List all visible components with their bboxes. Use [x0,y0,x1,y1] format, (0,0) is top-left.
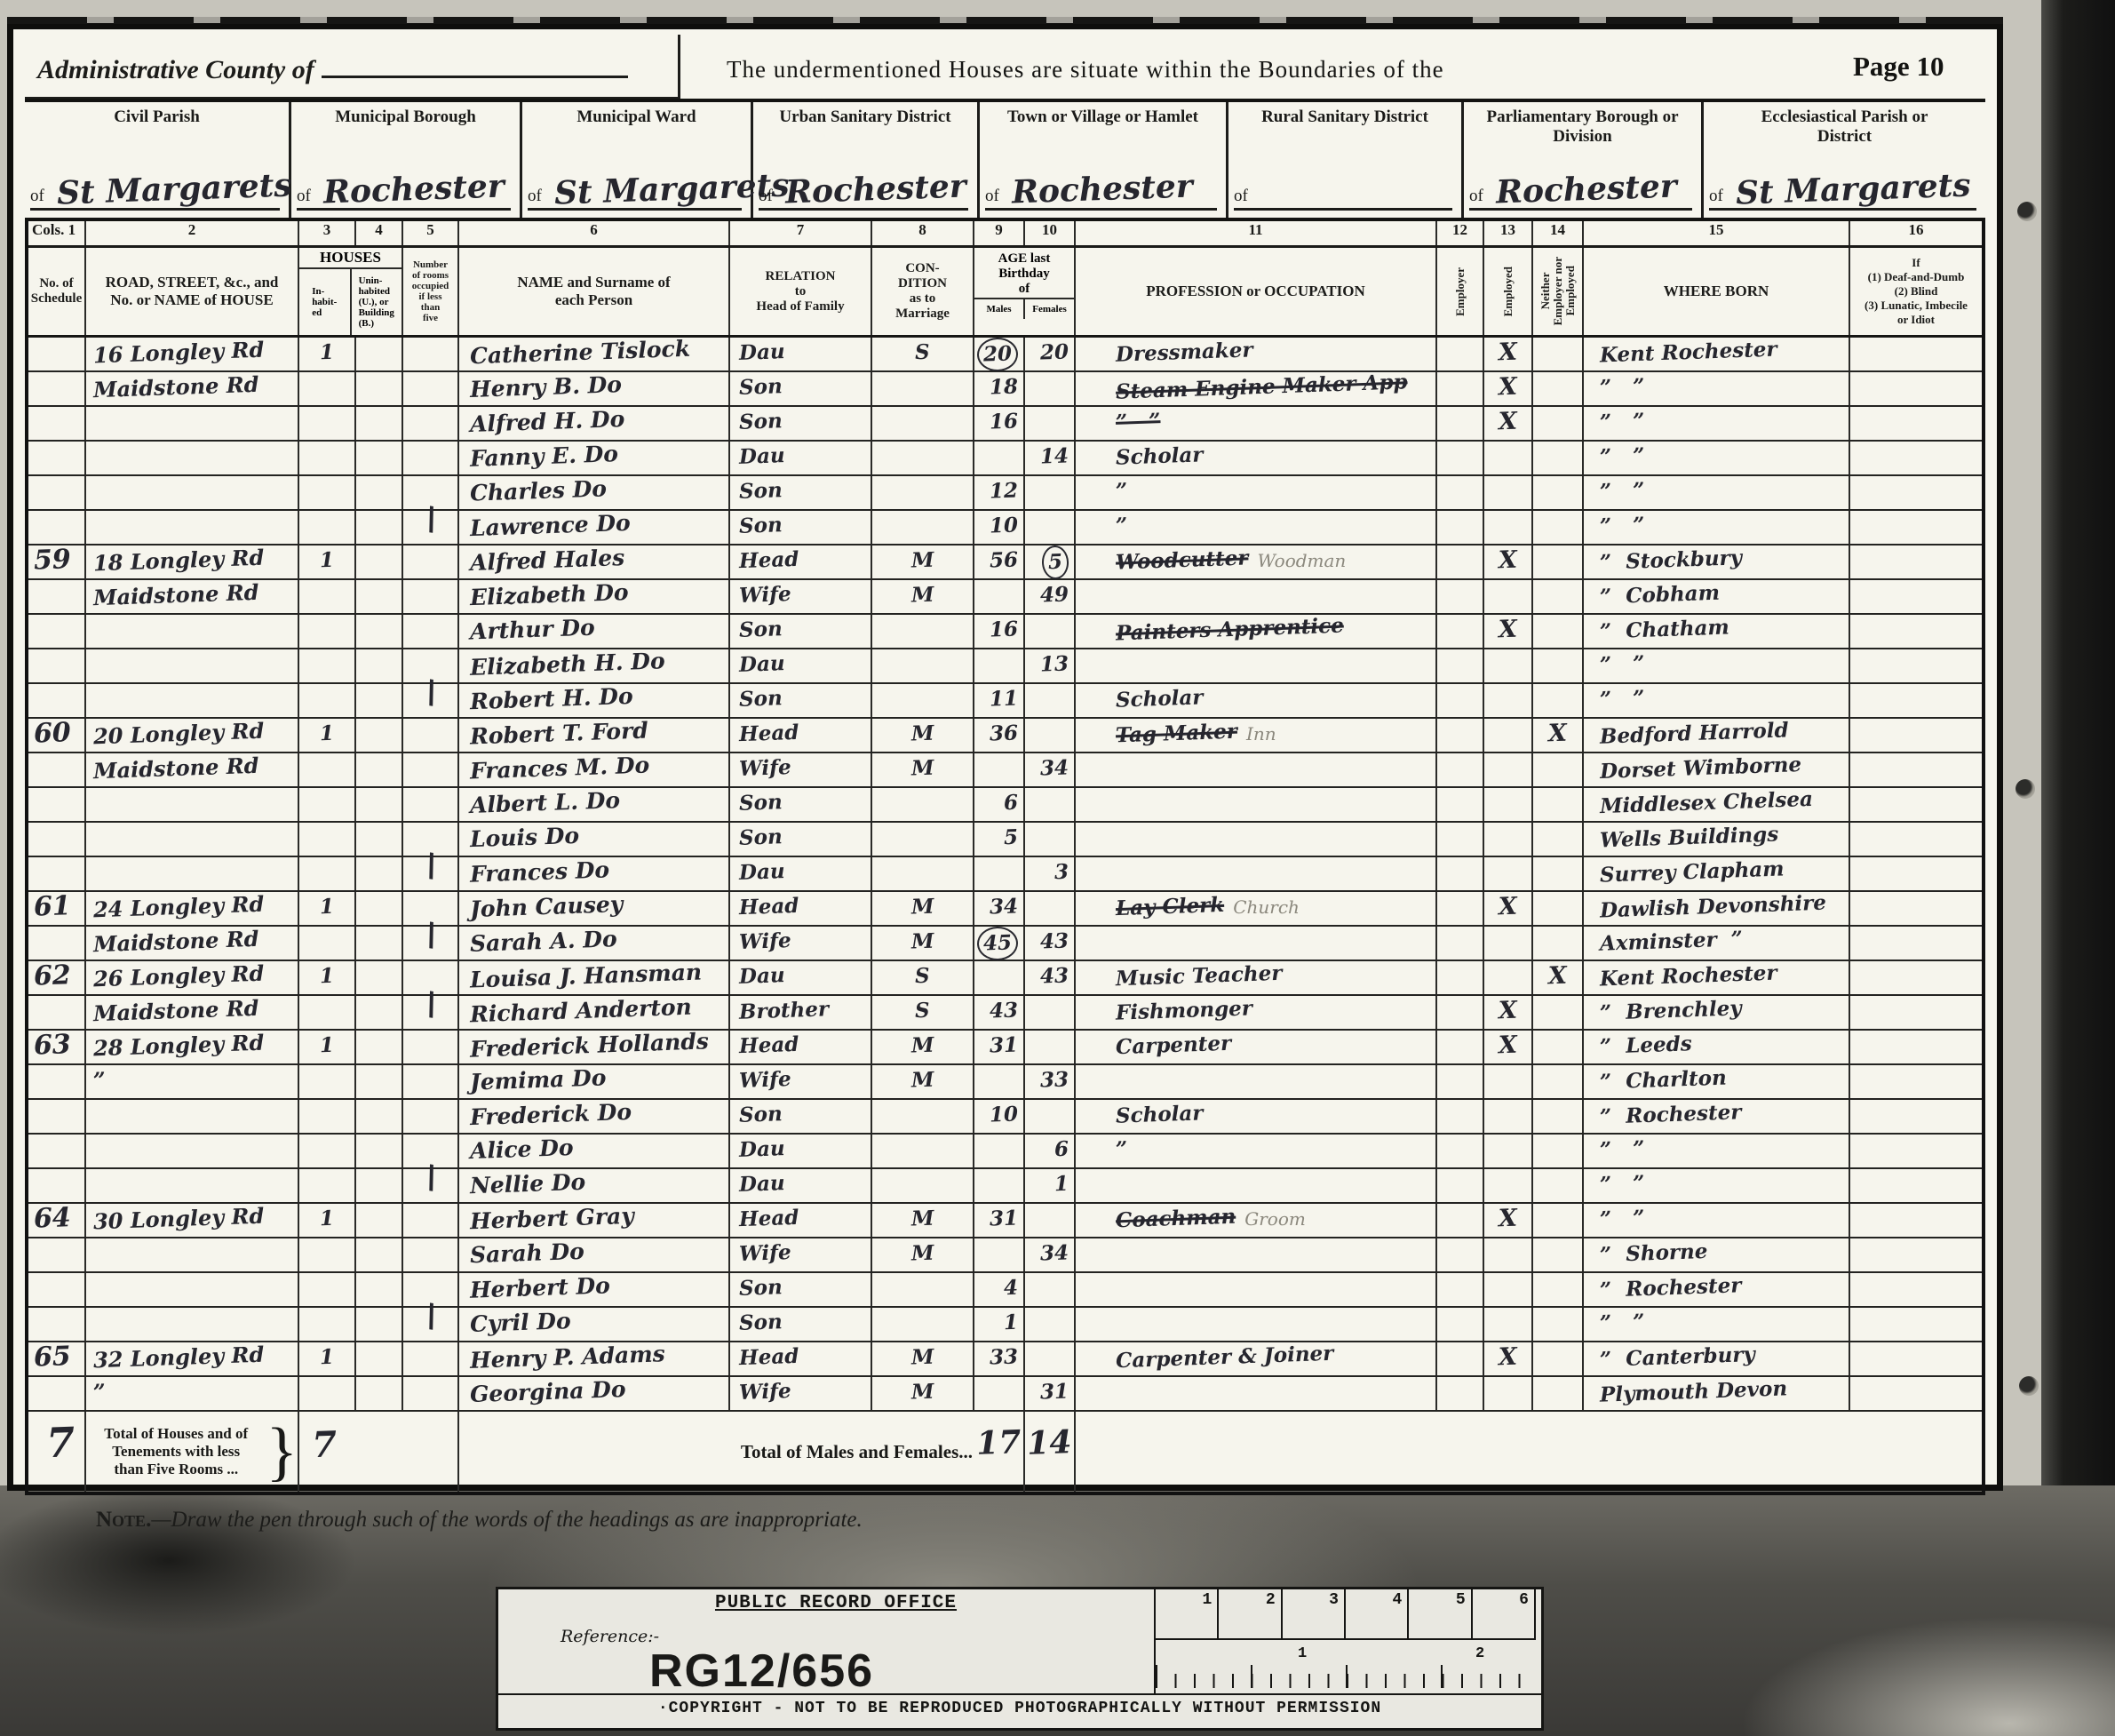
age-female-cell [1025,823,1076,856]
relation-cell-text: Son [738,683,783,715]
road-cell [86,1135,299,1167]
district-value: Rochester [784,167,966,211]
infirmity-cell [1850,442,1982,474]
age-female-cell [1025,511,1076,544]
employer-cell [1437,788,1484,821]
neither-cell [1533,1204,1584,1237]
census-row: Maidstone Rd\Richard AndertonBrotherS43F… [28,996,1982,1031]
males-total-value: 17 [975,1411,1022,1462]
district-label: Municipal Ward [522,108,751,127]
census-row: 6532 Longley Rd1Henry P. AdamsHeadM33Car… [28,1342,1982,1377]
relation-cell: Wife [730,1377,872,1410]
occupation-text: Tag Maker [1115,717,1237,752]
where-born-cell: ” ” [1584,1308,1850,1341]
employed-cell-text: X [1498,1342,1517,1374]
age-group-label: AGE last Birthday of [974,248,1074,298]
infirmity-cell [1850,996,1982,1029]
neither-cell [1533,338,1584,371]
age-female-cell [1025,719,1076,752]
employer-cell [1437,442,1484,474]
age-male-cell [974,961,1025,994]
employed-cell [1484,580,1533,613]
employed-cell: X [1484,338,1533,371]
col-label-profession: PROFESSION or OCCUPATION [1076,248,1437,335]
district-cell: Civil ParishofSt Margarets [25,102,291,218]
relation-cell: Son [730,1273,872,1306]
condition-cell [872,1135,974,1167]
district-cell: Town or Village or HamletofRochester [980,102,1228,218]
inhabited-cell [299,1238,356,1271]
census-sheet: Administrative County of The undermentio… [7,23,2003,1491]
schedule-cell [28,927,86,960]
condition-cell-text: M [910,1031,934,1062]
infirmity-cell [1850,545,1982,579]
occupation-cell: WoodcutterWoodman [1076,545,1437,579]
infirmity-cell [1850,1204,1982,1237]
age-male-cell-text: 1 [1003,1308,1018,1339]
name-cell: Frances Do [459,857,730,890]
age-male-cell-text: 16 [989,614,1018,645]
infirmity-cell [1850,1342,1982,1375]
age-female-cell-text: 31 [1039,1376,1069,1407]
uninhabited-cell [356,788,403,821]
employed-cell [1484,1169,1533,1202]
rooms-cell [403,1342,459,1375]
employer-cell [1437,1169,1484,1202]
rooms-cell [403,1238,459,1271]
uninhabited-cell [356,407,403,440]
occupation-text: Dressmaker [1115,335,1253,370]
page-number: Page 10 [1853,51,1944,83]
where-born-cell-text: ” Leeds [1599,1029,1692,1063]
name-cell: Elizabeth Do [459,580,730,613]
age-male-cell-text: 34 [989,891,1018,922]
condition-cell: M [872,1342,974,1375]
where-born-cell: ” ” [1584,372,1850,405]
census-row: Alfred H. DoSon16” ”X” ” [28,407,1982,442]
where-born-cell-text: ” Canterbury [1599,1340,1755,1375]
occupation-cell: ” ” [1076,407,1437,440]
age-female-cell: 33 [1025,1065,1076,1098]
road-cell: Maidstone Rd [86,996,299,1029]
rooms-cell [403,753,459,786]
road-cell [86,1100,299,1133]
age-female-cell-text: 20 [1039,337,1069,368]
occupation-cell: Tag MakerInn [1076,719,1437,752]
neither-cell [1533,476,1584,509]
rooms-cell [403,338,459,371]
employed-cell-text: X [1498,338,1517,369]
road-cell [86,649,299,682]
road-cell [86,511,299,544]
where-born-cell: ” Shorne [1584,1238,1850,1271]
condition-cell: M [872,753,974,786]
census-row: Louis DoSon5Wells Buildings [28,823,1982,857]
uninhabited-cell [356,615,403,648]
name-cell: Sarah Do [459,1238,730,1271]
col-group-houses: HOUSES In- habit- ed Unin- habited (U.),… [299,248,403,335]
age-male-cell: 1 [974,1308,1025,1341]
where-born-cell: ” ” [1584,442,1850,474]
employer-cell [1437,719,1484,752]
ruler-cm-mark: 3 [1283,1589,1346,1638]
uninhabited-cell [356,1031,403,1063]
schedule-cell [28,1169,86,1202]
where-born-cell: Middlesex Chelsea [1584,788,1850,821]
infirmity-cell [1850,753,1982,786]
occupation-cell: Painters Apprentice [1076,615,1437,648]
infirmity-cell [1850,1238,1982,1271]
occupation-cell: Steam Engine Maker App [1076,372,1437,405]
where-born-cell-text: Wells Buildings [1599,819,1778,856]
road-cell-text: 16 Longley Rd [92,335,264,371]
neither-cell [1533,545,1584,579]
age-female-cell [1025,1342,1076,1375]
age-female-cell [1025,407,1076,440]
road-cell [86,1238,299,1271]
road-cell [86,1169,299,1202]
name-cell-text: Elizabeth H. Do [469,646,665,683]
name-cell-text: Georgina Do [469,1374,626,1410]
district-value: St Margarets [56,166,292,211]
road-cell-text: Maidstone Rd [92,924,258,960]
infirmity-cell [1850,719,1982,752]
condition-cell: S [872,338,974,371]
name-cell-text: Henry B. Do [469,370,622,405]
name-cell: Alice Do [459,1135,730,1167]
occupation-cell [1076,1308,1437,1341]
schedule-cell [28,442,86,474]
census-row: Elizabeth H. DoDau13” ” [28,649,1982,684]
census-row: Sarah DoWifeM34” Shorne [28,1238,1982,1273]
uninhabited-cell [356,684,403,717]
occupation-cell: Scholar [1076,442,1437,474]
where-born-cell-text: ” ” [1599,649,1645,681]
punch-hole [2016,779,2035,799]
condition-cell-text: S [915,961,931,992]
rooms-cell: \ [403,857,459,890]
col-group-age: AGE last Birthday of Males Females [974,248,1076,335]
name-cell-text: Sarah Do [469,1237,584,1270]
age-male-cell: 10 [974,1100,1025,1133]
neither-cell [1533,511,1584,544]
road-cell: Maidstone Rd [86,372,299,405]
age-male-cell: 34 [974,892,1025,925]
employer-cell [1437,1308,1484,1341]
where-born-cell: ” ” [1584,1204,1850,1237]
road-cell-text: ” [92,1065,106,1095]
occupation-text: Lay Clerk [1115,890,1224,924]
relation-cell-text: Son [738,1307,783,1339]
employed-cell [1484,1308,1533,1341]
relation-cell-text: Dau [738,337,785,369]
relation-cell-text: Head [738,1030,799,1062]
where-born-cell-text: ” ” [1599,1134,1645,1166]
age-female-cell [1025,1204,1076,1237]
col-label-schedule: No. of Schedule [28,248,86,335]
rooms-cell [403,788,459,821]
census-row: Arthur DoSon16Painters ApprenticeX” Chat… [28,615,1982,649]
employed-cell [1484,857,1533,890]
col-label-inhabited: In- habit- ed [299,269,352,335]
name-cell: Louisa J. Hansman [459,961,730,994]
occupation-cell: Music Teacher [1076,961,1437,994]
houses-total-cell: 7 [299,1412,459,1492]
schedule-total-value: 7 [28,1411,76,1468]
neither-cell [1533,1377,1584,1410]
occupation-cell [1076,1273,1437,1306]
employer-cell [1437,1100,1484,1133]
road-cell [86,476,299,509]
neither-cell [1533,649,1584,682]
employer-cell [1437,476,1484,509]
age-female-cell-text: 43 [1039,960,1069,991]
inhabited-cell [299,857,356,890]
houses-total-value: 7 [298,1411,338,1466]
occupation-cell [1076,823,1437,856]
road-cell [86,407,299,440]
name-cell: Arthur Do [459,615,730,648]
census-row: 6124 Longley Rd1John CauseyHeadM34Lay Cl… [28,892,1982,927]
name-cell-text: Charles Do [469,474,607,508]
neither-cell [1533,1065,1584,1098]
name-cell: Frederick Hollands [459,1031,730,1063]
admin-county-label: Administrative County of [37,51,628,85]
census-row: ”Jemima DoWifeM33” Charlton [28,1065,1982,1100]
relation-cell: Son [730,1100,872,1133]
inhabited-cell [299,372,356,405]
road-cell-text: 32 Longley Rd [92,1340,264,1376]
where-born-cell-text: ” ” [1599,1203,1645,1235]
relation-cell-text: Dau [738,649,785,681]
relation-cell: Dau [730,442,872,474]
name-cell-text: Frederick Hollands [469,1026,709,1064]
inhabited-cell [299,1273,356,1306]
col-label-females: Females [1025,299,1074,319]
ruler-cm-mark: 5 [1409,1589,1472,1638]
occupation-text: Fishmonger [1115,993,1252,1028]
schedule-cell-text: 64 [28,1203,71,1235]
neither-cell: X [1533,719,1584,752]
district-label: Ecclesiastical Parish or District [1704,108,1985,147]
ruler-inch-2: 2 [1475,1645,1484,1662]
age-male-cell-text: 45 [976,926,1018,961]
condition-cell-text: M [910,580,934,611]
totals-row: 7 Total of Houses and of Tenements with … [28,1412,1982,1492]
occupation-cell [1076,580,1437,613]
name-cell: Alfred H. Do [459,407,730,440]
age-male-cell-text: 16 [989,406,1018,437]
uninhabited-cell [356,442,403,474]
condition-cell: M [872,580,974,613]
inhabited-cell [299,649,356,682]
column-number: 7 [730,221,872,245]
age-male-cell-text: 18 [989,371,1018,402]
district-value: Rochester [1011,167,1193,211]
neither-cell [1533,857,1584,890]
infirmity-cell [1850,1065,1982,1098]
district-of-prefix: of [1234,187,1248,206]
col-label-where-born: WHERE BORN [1584,248,1850,335]
relation-cell: Dau [730,338,872,371]
road-cell [86,857,299,890]
where-born-cell-text: Middlesex Chelsea [1599,784,1813,822]
age-female-cell: 34 [1025,753,1076,786]
col-label-rooms: Number of rooms occupied if less than fi… [403,248,459,335]
employer-cell [1437,753,1484,786]
occupation-text: Scholar [1115,1098,1204,1131]
pro-office-title: PUBLIC RECORD OFFICE [498,1593,1173,1613]
inhabited-cell [299,788,356,821]
neither-cell [1533,1342,1584,1375]
footnote: Note.—Draw the pen through such of the w… [96,1508,1985,1533]
condition-cell-text: M [910,892,934,923]
census-row: Maidstone RdElizabeth DoWifeM49” Cobham [28,580,1982,615]
road-cell-text: 26 Longley Rd [92,959,264,995]
ruler-cm-mark: 4 [1346,1589,1409,1638]
scanned-census-page: Administrative County of The undermentio… [0,0,2115,1736]
age-male-cell [974,753,1025,786]
footnote-prefix: Note. [96,1508,151,1532]
employer-vertical-text: Employer [1454,267,1467,316]
road-cell: 24 Longley Rd [86,892,299,925]
district-value: Rochester [322,167,505,211]
column-number: 5 [403,221,459,245]
census-row: \Robert H. DoSon11Scholar” ” [28,684,1982,719]
age-female-cell-text: 43 [1039,926,1069,957]
where-born-cell-text: Kent Rochester [1599,959,1777,995]
district-of-prefix: of [759,187,773,206]
where-born-cell: ” Charlton [1584,1065,1850,1098]
pro-copyright-line: ·COPYRIGHT - NOT TO BE REPRODUCED PHOTOG… [498,1693,1541,1728]
name-cell-text: Nellie Do [469,1167,585,1202]
neither-cell [1533,615,1584,648]
census-row: Maidstone Rd\Sarah A. DoWifeM4543Axminst… [28,927,1982,961]
where-born-cell: ” ” [1584,684,1850,717]
age-male-cell-text: 10 [989,510,1018,541]
name-cell: Frederick Do [459,1100,730,1133]
inhabited-cell-text: 1 [319,892,334,923]
employer-cell [1437,649,1484,682]
uninhabited-cell [356,753,403,786]
neither-vertical-text: Neither Employer nor Employed [1539,257,1577,325]
census-row: Maidstone RdHenry B. DoSon18Steam Engine… [28,372,1982,407]
infirmity-cell [1850,1377,1982,1410]
houses-total-brace: } [266,1421,298,1483]
road-cell-text: Maidstone Rd [92,751,258,786]
neither-cell [1533,892,1584,925]
employed-cell [1484,753,1533,786]
condition-cell: M [872,927,974,960]
rooms-cell: \ [403,511,459,544]
schedule-cell-text: 63 [28,1030,71,1062]
uninhabited-cell [356,649,403,682]
occupation-text: Scholar [1115,682,1204,715]
age-male-cell-text: 5 [1003,823,1018,854]
condition-cell-text: M [910,1065,934,1096]
where-born-cell-text: Surrey Clapham [1599,854,1785,890]
age-female-cell-text: 6 [1054,1135,1069,1166]
occupation-text: Steam Engine Maker App [1116,367,1409,407]
infirmity-cell [1850,649,1982,682]
relation-cell-text: Head [738,1203,799,1235]
condition-cell-text: M [910,927,934,958]
inhabited-cell-text: 1 [319,719,334,750]
road-cell: Maidstone Rd [86,927,299,960]
name-cell: Henry B. Do [459,372,730,405]
employed-cell-text: X [1498,1031,1517,1062]
employed-cell [1484,511,1533,544]
road-cell: ” [86,1377,299,1410]
rooms-cell [403,407,459,440]
schedule-cell [28,684,86,717]
relation-cell-text: Son [738,475,783,507]
schedule-cell [28,1065,86,1098]
relation-cell-text: Son [738,822,783,854]
relation-cell-text: Dau [738,1134,785,1166]
employer-cell [1437,892,1484,925]
employer-cell [1437,1238,1484,1271]
inhabited-cell-text: 1 [319,1204,334,1235]
condition-cell-text: S [915,996,931,1027]
column-number: 15 [1584,221,1850,245]
condition-cell [872,372,974,405]
district-value: St Margarets [1735,166,1971,211]
infirmity-cell [1850,580,1982,613]
age-male-cell-text: 31 [989,1030,1018,1061]
schedule-cell [28,1135,86,1167]
uninhabited-cell [356,1377,403,1410]
condition-cell-text: S [915,338,931,369]
where-born-cell-text: ” Charlton [1599,1063,1727,1098]
census-row: Maidstone RdFrances M. DoWifeM34Dorset W… [28,753,1982,788]
age-female-cell: 13 [1025,649,1076,682]
name-cell-text: Frances Do [469,855,609,889]
uninhabited-cell [356,545,403,579]
road-cell [86,788,299,821]
census-row: 6430 Longley Rd1Herbert GrayHeadM31Coach… [28,1204,1982,1238]
column-number: 6 [459,221,730,245]
age-female-cell [1025,476,1076,509]
occupation-cell [1076,1377,1437,1410]
name-cell: Robert H. Do [459,684,730,717]
occupation-cell: CoachmanGroom [1076,1204,1437,1237]
schedule-cell [28,476,86,509]
employed-cell: X [1484,1342,1533,1375]
age-male-cell: 33 [974,1342,1025,1375]
where-born-cell: Axminster ” [1584,927,1850,960]
name-cell-text: Alice Do [469,1133,574,1167]
census-row: 6328 Longley Rd1Frederick HollandsHeadM3… [28,1031,1982,1065]
relation-cell-text: Dau [738,856,785,888]
schedule-cell: 65 [28,1342,86,1375]
neither-cell [1533,753,1584,786]
schedule-cell: 63 [28,1031,86,1063]
age-male-cell [974,1238,1025,1271]
neither-cell [1533,996,1584,1029]
uninhabited-cell [356,372,403,405]
inhabited-cell [299,580,356,613]
rooms-cell [403,1031,459,1063]
where-born-cell-text: ” Cobham [1599,578,1720,613]
employed-cell [1484,788,1533,821]
employer-cell [1437,1135,1484,1167]
column-number: 16 [1850,221,1982,245]
age-female-cell-text: 1 [1054,1169,1069,1200]
age-female-cell-text: 33 [1039,1064,1069,1095]
rooms-cell [403,580,459,613]
where-born-cell: ” Leeds [1584,1031,1850,1063]
